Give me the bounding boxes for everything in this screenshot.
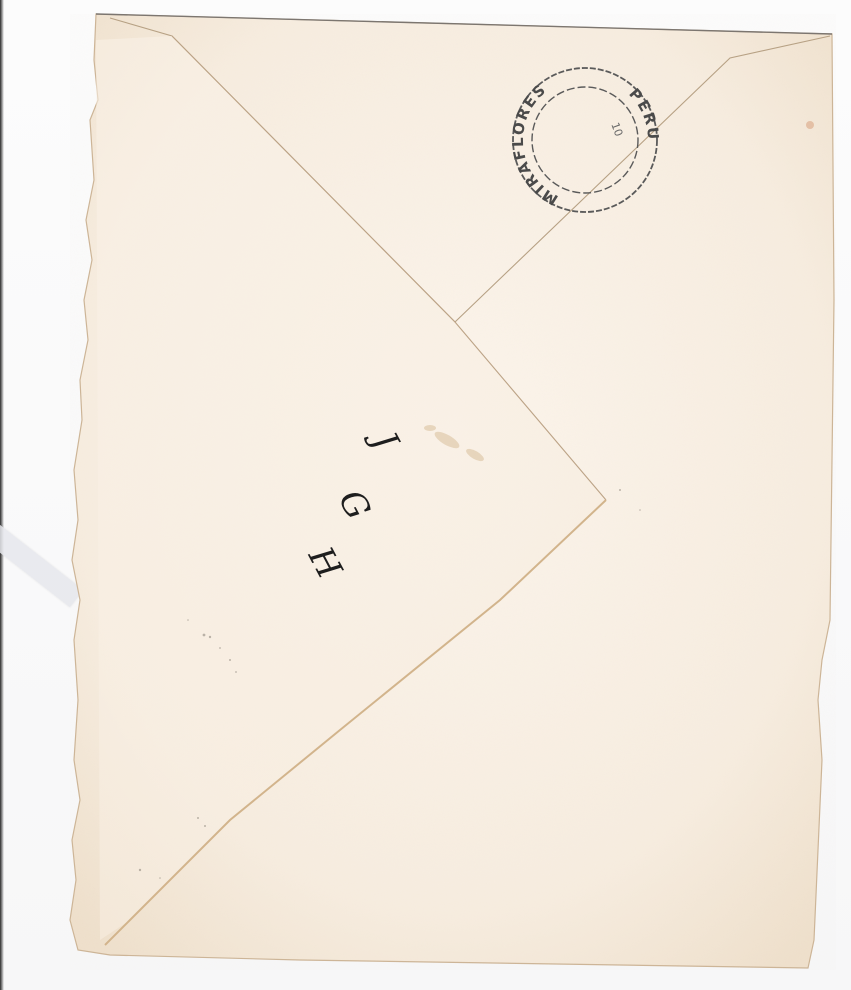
envelope: MIRAFLORES PERU 10 J G H [0, 0, 851, 990]
scan-background: MIRAFLORES PERU 10 J G H [0, 0, 851, 990]
